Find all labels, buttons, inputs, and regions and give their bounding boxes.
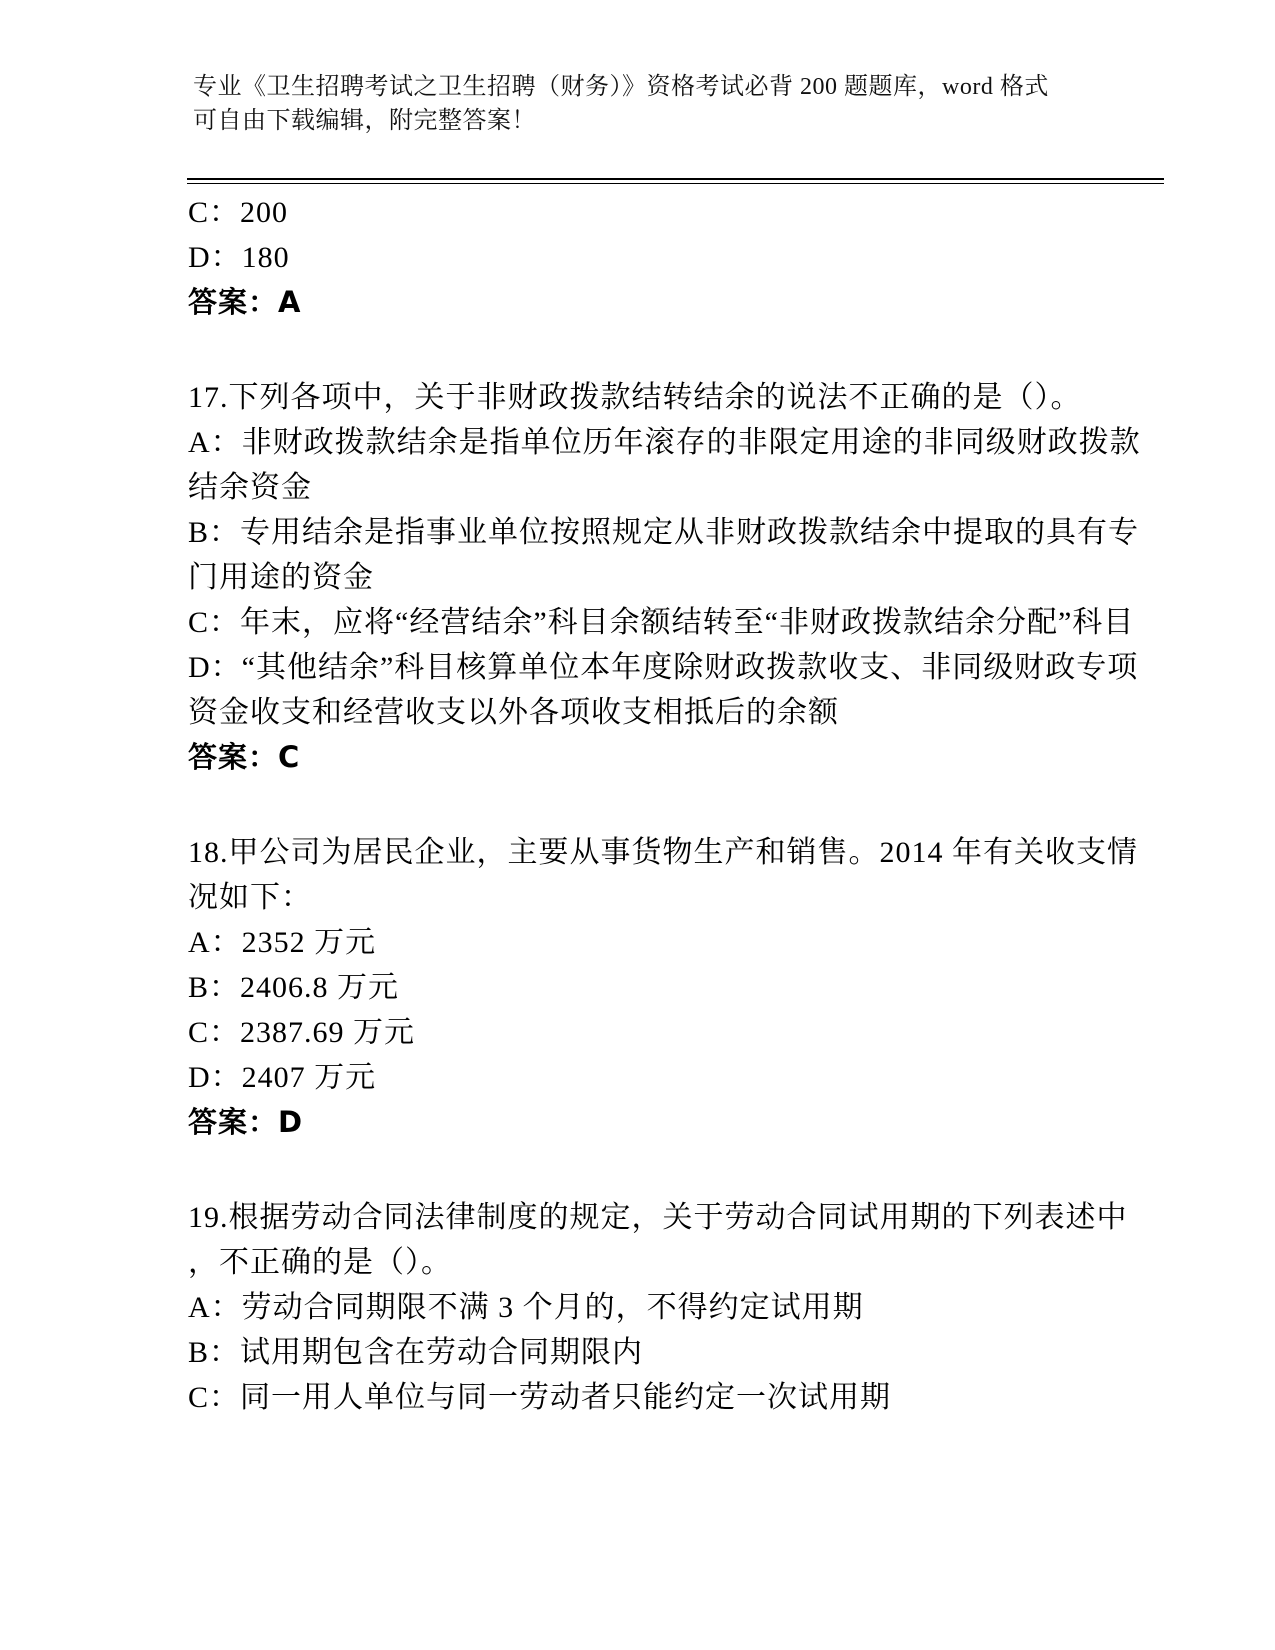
question-17-option-b: B：专用结余是指事业单位按照规定从非财政拨款结余中提取的具有专门用途的资金 bbox=[188, 510, 1148, 600]
question-18-option-b: B：2406.8 万元 bbox=[188, 965, 1148, 1010]
document-page: 专业《卫生招聘考试之卫生招聘（财务）》资格考试必背 200 题题库，word 格… bbox=[0, 0, 1275, 1650]
header-line-1: 专业《卫生招聘考试之卫生招聘（财务）》资格考试必背 200 题题库，word 格… bbox=[193, 70, 1133, 104]
question-17-answer: 答案：C bbox=[188, 735, 1148, 780]
question-17-stem: 17.下列各项中，关于非财政拨款结转结余的说法不正确的是（）。 bbox=[188, 375, 1148, 420]
question-17-option-d: D：“其他结余”科目核算单位本年度除财政拨款收支、非同级财政专项资金收支和经营收… bbox=[188, 645, 1148, 735]
carryover-option-d: D：180 bbox=[188, 235, 1148, 280]
header-line-2: 可自由下载编辑，附完整答案！ bbox=[193, 104, 1133, 138]
question-17-option-a: A：非财政拨款结余是指单位历年滚存的非限定用途的非同级财政拨款结余资金 bbox=[188, 420, 1148, 510]
document-body: C：200 D：180 答案：A 17.下列各项中，关于非财政拨款结转结余的说法… bbox=[188, 190, 1148, 1420]
question-18-option-a: A：2352 万元 bbox=[188, 920, 1148, 965]
header-divider-rule bbox=[187, 178, 1164, 184]
page-header: 专业《卫生招聘考试之卫生招聘（财务）》资格考试必背 200 题题库，word 格… bbox=[193, 70, 1133, 138]
question-18-stem: 18.甲公司为居民企业，主要从事货物生产和销售。2014 年有关收支情况如下： bbox=[188, 830, 1148, 920]
question-17-option-c: C：年末，应将“经营结余”科目余额结转至“非财政拨款结余分配”科目 bbox=[188, 600, 1148, 645]
question-19-option-b: B：试用期包含在劳动合同期限内 bbox=[188, 1330, 1148, 1375]
carryover-option-c: C：200 bbox=[188, 190, 1148, 235]
question-19-stem: 19.根据劳动合同法律制度的规定，关于劳动合同试用期的下列表述中，不正确的是（）… bbox=[188, 1195, 1148, 1285]
question-19-option-c: C：同一用人单位与同一劳动者只能约定一次试用期 bbox=[188, 1375, 1148, 1420]
question-18-answer: 答案：D bbox=[188, 1100, 1148, 1145]
question-18-option-d: D：2407 万元 bbox=[188, 1055, 1148, 1100]
question-19-option-a: A：劳动合同期限不满 3 个月的，不得约定试用期 bbox=[188, 1285, 1148, 1330]
carryover-answer: 答案：A bbox=[188, 280, 1148, 325]
question-18-option-c: C：2387.69 万元 bbox=[188, 1010, 1148, 1055]
